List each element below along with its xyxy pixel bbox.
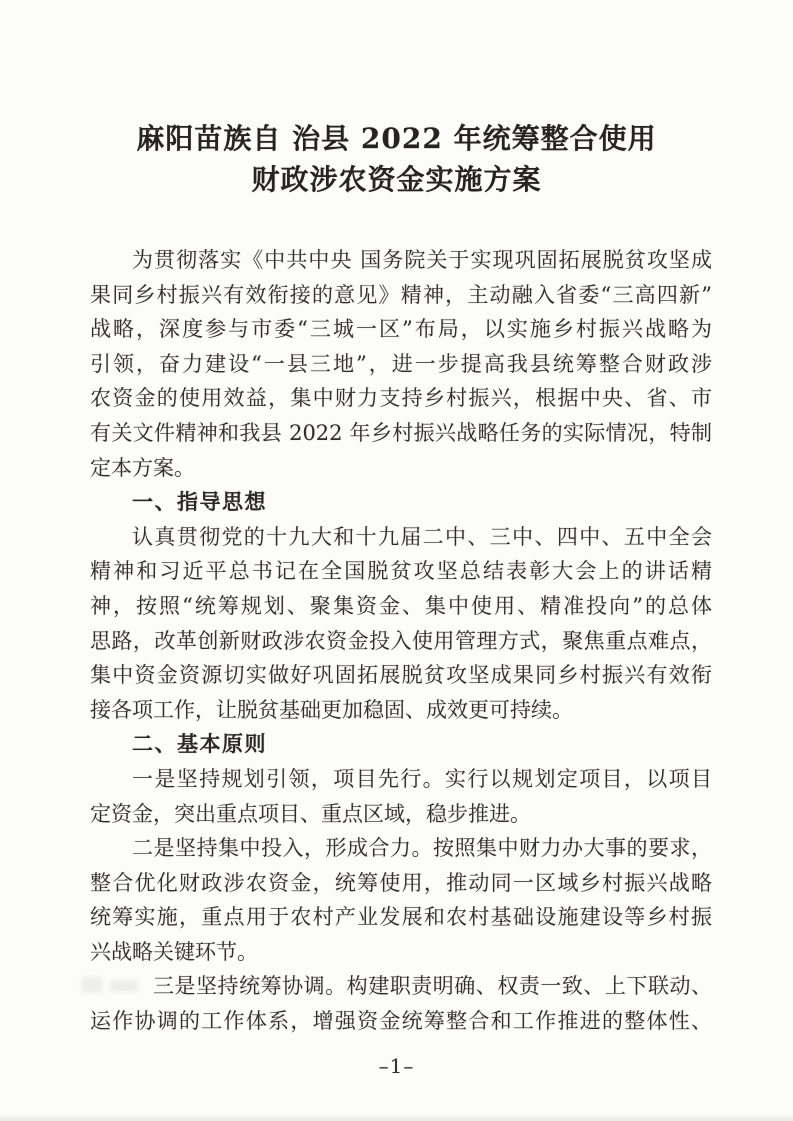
scan-shadow — [0, 1114, 793, 1121]
paragraph-4-line: 二是坚持集中投入，形成合力。按照集中财力办大事的要求， — [90, 831, 712, 866]
paragraph-1-line: 引领，奋力建设“一县三地”，进一步提高我县统筹整合财政涉 — [90, 347, 712, 382]
paragraph-2-line: 神，按照“统筹规划、聚集资金、集中使用、精准投向”的总体 — [90, 589, 712, 624]
section-heading-2: 二、基本原则 — [90, 727, 712, 762]
paragraph-2-line: 思路，改革创新财政涉农资金投入使用管理方式，聚焦重点难点， — [90, 624, 712, 659]
scan-artifact — [110, 980, 138, 992]
paragraph-1-line: 战略，深度参与市委“三城一区”布局，以实施乡村振兴战略为 — [90, 312, 712, 347]
paragraph-4-line: 整合优化财政涉农资金，统筹使用，推动同一区域乡村振兴战略 — [90, 866, 712, 901]
document-body: 为贯彻落实《中共中央 国务院关于实现巩固拓展脱贫攻坚成 果同乡村振兴有效衔接的意… — [90, 243, 712, 1039]
paragraph-1-line: 果同乡村振兴有效衔接的意见》精神，主动融入省委“三高四新” — [90, 278, 712, 313]
paragraph-3-line: 一是坚持规划引领，项目先行。实行以规划定项目，以项目 — [90, 762, 712, 797]
document-title: 麻阳苗族自 治县 2022 年统筹整合使用 财政涉农资金实施方案 — [0, 118, 793, 200]
paragraph-2-line: 集中资金资源切实做好巩固拓展脱贫攻坚成果同乡村振兴有效衔 — [90, 658, 712, 693]
scan-artifact — [82, 977, 102, 993]
paragraph-4-line: 兴战略关键环节。 — [90, 935, 712, 970]
paragraph-2-line: 精神和习近平总书记在全国脱贫攻坚总结表彰大会上的讲话精 — [90, 554, 712, 589]
title-line-2: 财政涉农资金实施方案 — [0, 159, 793, 200]
paragraph-1-line: 有关文件精神和我县 2022 年乡村振兴战略任务的实际情况，特制 — [90, 416, 712, 451]
paragraph-5-line: 运作协调的工作体系，增强资金统筹整合和工作推进的整体性、 — [90, 1004, 712, 1039]
paragraph-2-line: 认真贯彻党的十九大和十九届二中、三中、四中、五中全会 — [90, 520, 712, 555]
title-line-1: 麻阳苗族自 治县 2022 年统筹整合使用 — [0, 118, 793, 159]
paragraph-4-line: 统筹实施，重点用于农村产业发展和农村基础设施建设等乡村振 — [90, 900, 712, 935]
paragraph-2-line: 接各项工作，让脱贫基础更加稳固、成效更可持续。 — [90, 693, 712, 728]
paragraph-1-line: 为贯彻落实《中共中央 国务院关于实现巩固拓展脱贫攻坚成 — [90, 243, 712, 278]
document-page: 麻阳苗族自 治县 2022 年统筹整合使用 财政涉农资金实施方案 为贯彻落实《中… — [0, 0, 793, 1121]
paragraph-1-line: 农资金的使用效益，集中财力支持乡村振兴，根据中央、省、市 — [90, 381, 712, 416]
paragraph-3-line: 定资金，突出重点项目、重点区域，稳步推进。 — [90, 797, 712, 832]
paragraph-1-line: 定本方案。 — [90, 451, 712, 486]
section-heading-1: 一、指导思想 — [90, 485, 712, 520]
paragraph-5-line: 三是坚持统筹协调。构建职责明确、权责一致、上下联动、 — [90, 969, 712, 1004]
page-number: –1– — [0, 1054, 793, 1078]
